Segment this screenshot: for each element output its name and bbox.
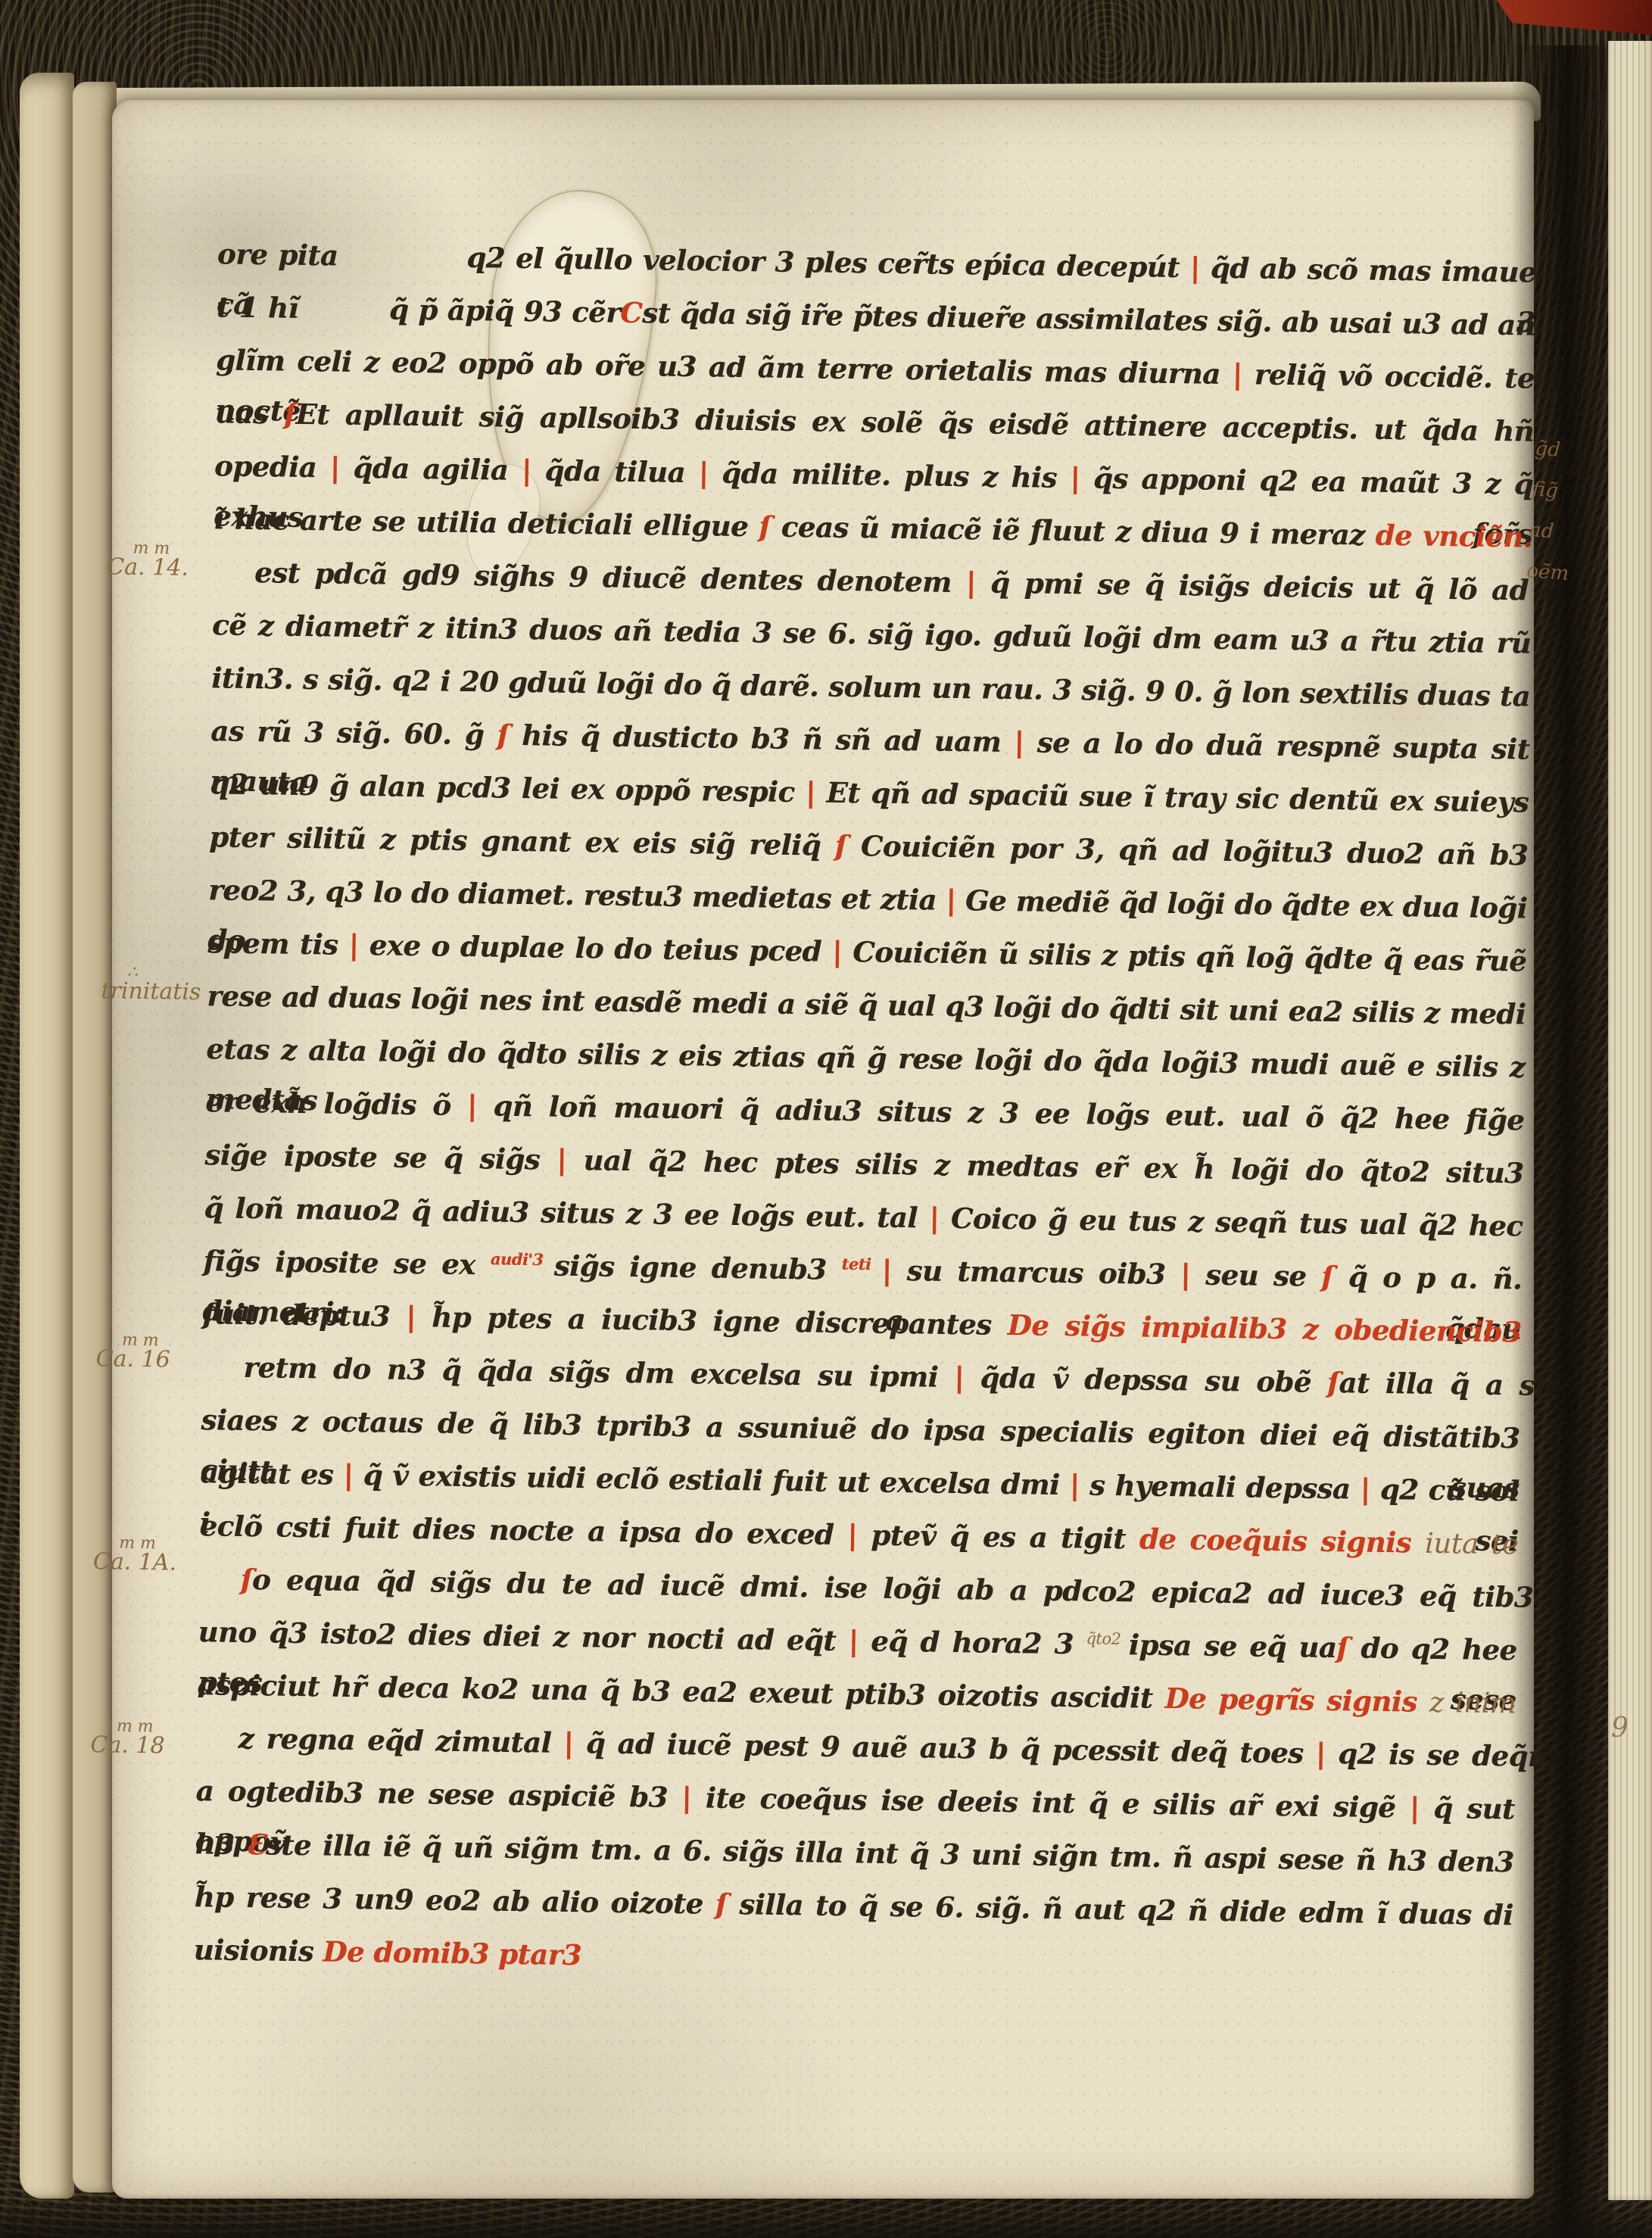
rubric-text: | [966,566,991,599]
body-text: fig̃s iposite se ex [203,1244,491,1281]
rubric-text: | [1070,461,1093,494]
rubric-text: | [406,1300,432,1333]
body-text: Coico g̃ eu tus z seqñ tus ual q̃2 hec [951,1202,1523,1243]
margin-note-label: Ca. 14. [107,553,189,581]
body-text: agitat es [200,1456,344,1491]
body-text: er exh̃ log̃dis õ [205,1085,467,1122]
body-text: reo2 3, q3 lo do diamet. restu3 medietas… [208,873,946,917]
body-text: uas [215,396,285,430]
rubric-text: | [343,1458,363,1491]
rubric-text: | [1316,1737,1339,1770]
rubric-text: | [1232,357,1255,391]
gutter-gloss-word: fig̃ [1531,469,1591,513]
rubric-text: | [832,935,853,968]
body-text: spem tis [207,926,349,962]
rubric-text: | [946,884,965,917]
rubric-text: Ɛ [245,1828,266,1861]
body-text: cẽ z diametr̃ z itin3 duos añ tedia 3 se… [212,608,1531,659]
body-text: s hyemali depssa [1089,1469,1361,1506]
margin-note-label: trinitatis [101,977,201,1005]
rubric-text: | [1069,1468,1089,1501]
rubric-text: | [556,1143,584,1177]
body-text: seu se [1205,1258,1322,1293]
body-text: opedia [214,449,330,484]
body-text: eclõ csti fuit dies nocte a ipsa do exce… [199,1509,847,1551]
margin-chapter-note: m mCa. 16 [95,1333,201,1372]
body-text: exe o duplae lo do teius pced [369,928,832,968]
body-text: ipsa se eq̃ ua [1129,1628,1337,1664]
rubric-text: de vnciẽn. [1375,519,1532,554]
body-text: h3 [195,1827,246,1861]
rubric-text: ſ [497,718,522,752]
body-text: Couiciẽn por 3, qñ ad log̃itu3 duo2 añ b… [861,829,1529,871]
body-text: q̃da tilua [544,454,699,489]
margin-chapter-note: m mCa. 18 [90,1719,195,1758]
rubric-text: C [620,296,643,329]
body-text: su tmarcus oib3 [906,1254,1180,1291]
rubric-text: | [954,1361,980,1394]
body-text: q̃da ṽ depssa su obẽ [980,1361,1327,1398]
body-text: qñ loñ mauori q̃ adiu3 situs z 3 ee log̃… [493,1089,1524,1136]
body-text: ste illa iẽ q̃ uñ sig̃m tm. a 6. sig̃s i… [266,1828,1514,1878]
rubric-text: ſ [1321,1260,1348,1293]
body-text: uno q̃3 isto2 dies diei z nor nocti ad e… [198,1615,849,1657]
rubric-text: | [698,456,722,489]
gloss-text: iuta te [1425,1527,1519,1561]
body-text: q̃da agilia [353,451,522,487]
body-text: a ogtedib3 ne sese aspiciẽ b3 [195,1774,681,1814]
body-text: z regna eq̃d zimutal [238,1722,563,1760]
folio-content: ore pitaq2 el q̃ullo velocior 3 ples cer… [84,89,1537,2208]
body-text: q̃ ad iucẽ pest 9 auẽ au3 b q̃ pcessit d… [585,1726,1316,1769]
body-text: his q̃ dusticto b3 ñ sñ ad uam [522,718,1015,759]
gutter-gloss-word: g̃d [1534,429,1594,473]
body-text: ceas ũ miacẽ iẽ fluut z diua 9 i meraz [781,510,1376,552]
rubric-text: | [929,1202,951,1235]
gloss-text: q̃to2 [1086,1629,1129,1648]
body-text: q2 el q̃ullo velocior 3 ples cer̃ts eṕic… [466,241,1190,284]
margin-chapter-note: m mCa. 1A. [93,1535,198,1575]
body-text: aspiciut hr̃ deca ko2 una q̃ b3 ea2 exeu… [197,1668,1164,1715]
rubric-text: De sig̃s impialib3 z obediencib3 [1007,1308,1521,1348]
rubric-text: | [681,1781,706,1814]
text-gap [298,317,389,319]
folio-number: 9 [1611,1713,1629,1744]
rubric-text: | [881,1254,907,1287]
body-text: o equa q̃d sig̃s du te ad iucẽ dmi. ise … [252,1563,1560,1614]
body-text: q̃ p̃ ãpiq̃ 93 cẽr [389,292,621,329]
body-text: q̃ loñ mauo2 q̃ adiu3 situs z 3 ee log̃s… [204,1191,930,1234]
rubric-text: De domib3 ptar3 [323,1934,581,1971]
body-text: ual q̃2 hec ptes silis z medtas er̃ ex h… [583,1143,1523,1189]
margin-note-label: Ca. 16 [95,1345,170,1373]
rubric-text: | [467,1089,494,1122]
body-text: h̃p ptes a iucib3 igne discrepantes [432,1300,1008,1342]
body-text: t 1 hĩ [217,290,299,325]
gutter-gloss-note: g̃dfig̃adoẽm [1526,429,1594,596]
body-text: sig̃e iposte se q̃ sig̃s [204,1138,556,1176]
facing-leaves-fore-edge [1608,41,1652,2200]
rubric-text: ſ [759,510,781,543]
rubric-text: | [806,775,827,809]
rubric-text: | [1189,251,1211,284]
body-text: pter silitũ z ptis gnant ex eis sig̃ rel… [209,820,835,862]
body-text: glĩm celi z eo2 oppõ ab or̃e u3 ad ãm te… [216,343,1233,391]
rubric-text: teti [841,1255,882,1274]
body-text: ĩ hac arte se utilia deticiali elligue [214,502,759,543]
body-text: fuit. deptu3 [202,1297,406,1333]
margin-chapter-note: m mCa. 14. [107,541,212,580]
body-text: Et qñ ad spaciũ sue ĩ tray sic dentũ ex … [826,776,1529,819]
rubric-text: De pegrĩs signis [1164,1682,1429,1719]
margin-chapter-note: ∴trinitatis [101,965,206,1004]
body-text: Couiciẽn ũ silis z ptis qñ log̃ q̃dte q̃… [852,935,1527,977]
text-block: ore pitaq2 el q̃ullo velocior 3 ples cer… [84,89,1537,2208]
text-gap [338,265,466,267]
margin-note-label: Ca. 18 [90,1731,165,1759]
rubric-text: | [522,454,545,487]
body-text: retm do n3 q̃ q̃da sig̃s dm excelsa su i… [243,1351,954,1394]
body-text: q̃ pmi se q̃ isig̃s deicis ut q̃ lõ ad i… [990,566,1574,608]
body-text: Et apllauit sig̃ apllsoib3 diuisis ex so… [295,397,1534,448]
body-text: pteṽ q̃ es a tigit [871,1519,1139,1556]
body-text: eq̃ d hora2 3 [871,1625,1086,1661]
rubric-text: ſ [284,397,296,431]
body-text: sig̃s igne denub3 [553,1249,841,1286]
body-text: est pdcã gd9 sig̃hs 9 diucẽ dentes denot… [254,556,966,599]
rubric-text: | [848,1624,871,1657]
rubric-text: ſ [715,1887,728,1921]
bottom-shadow [0,2194,1652,2238]
rubric-text: | [563,1726,586,1760]
rubric-text: ſ [1336,1631,1348,1664]
rubric-text: | [348,928,369,962]
body-text: st q̃da sig̃ ir̃e p̃tes diuer̃e assimila… [642,296,1535,341]
rubric-text: de coeq̃uis signis [1139,1522,1426,1559]
body-text: ore pita [217,237,338,272]
body-text: h̃p rese 3 un9 eo2 ab alio oizote [194,1880,715,1921]
body-text: silla to q̃ se 6. sig̃. ñ aut q2 ñ dide … [727,1887,1513,1931]
body-text: q̃ ṽ existis uidi eclõ estiali fuit ut e… [363,1458,1070,1501]
body-text: itin3. s sig̃. q2 i 20 gduũ log̃i do q̃ … [211,661,1530,712]
rubric-text: | [1180,1258,1206,1291]
gutter-shadow [1511,45,1613,2238]
body-text: q̃da milite. plus z his [722,457,1071,494]
body-text: uisionis [193,1933,323,1968]
rubric-text: | [1014,725,1037,759]
body-text: ite coeq̃us ise deeis int q̃ e silis ar̃… [706,1781,1410,1824]
body-text: as rũ 3 sig̃. 60. g̃ [210,714,497,751]
margin-note-label: Ca. 1A. [93,1548,177,1576]
rubric-text: | [1410,1791,1434,1824]
body-text: rese ad duas log̃i nes int easdẽ medi a … [207,979,1526,1030]
rubric-text: | [330,450,354,484]
rubric-text: ſ [834,829,861,862]
flyleaf-edge-strip [20,73,74,2199]
rubric-text: ſ [240,1563,252,1596]
gutter-gloss-word: ad [1528,510,1588,554]
gloss-text: z inim [1429,1686,1516,1720]
rubric-text: | [1360,1473,1380,1506]
rubric-text: audi'3 [491,1249,554,1269]
rubric-text: | [847,1518,871,1551]
gutter-gloss-word: oẽm [1526,550,1586,595]
rubric-text: ſ [1327,1366,1339,1399]
body-text: q2 un9 g̃ alan pcd3 lei ex oppõ respic [210,767,806,809]
